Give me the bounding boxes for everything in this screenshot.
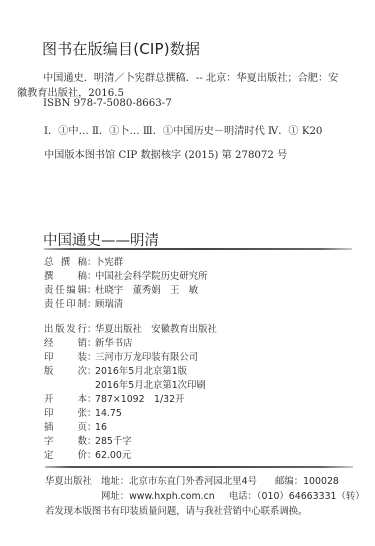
credit-row-chief-writer: 总撰稿：卜宪群 — [44, 254, 123, 268]
credit-label: 责任印制 — [44, 296, 87, 310]
pub-row-edition: 版次：2016年5月北京第1版 — [44, 363, 187, 377]
cip-entry-line1: 中国通史．明清／卜宪群总撰稿．-- 北京：华夏出版社；合肥：安 — [43, 69, 338, 84]
pub-row-inserts: 插页：16 — [44, 419, 107, 433]
cip-isbn: ISBN 978-7-5080-8663-7 — [43, 98, 172, 109]
pub-row-word-count: 字数：285千字 — [44, 433, 132, 447]
pub-row-publisher: 出版发行：华夏出版社 安徽教育出版社 — [44, 321, 217, 335]
address-value: 北京市东直门外香河园北里4号 — [129, 476, 257, 487]
credit-row-writer: 撰稿：中国社会科学院历史研究所 — [44, 268, 208, 282]
footer-address-line: 地址：北京市东直门外香河园北里4号 邮编：100028 — [101, 473, 339, 487]
pub-label: 印装 — [44, 349, 87, 363]
cip-entry-line2: 徽教育出版社，2016.5 — [17, 84, 124, 99]
pub-value: 787×1092 1/32开 — [95, 394, 184, 405]
pub-value: 新华书店 — [95, 338, 133, 349]
credit-value: 卜宪群 — [95, 257, 123, 268]
credit-label: 撰稿 — [44, 268, 87, 282]
pub-value: 285千字 — [95, 436, 132, 447]
pub-label: 字数 — [44, 433, 87, 447]
pub-value: 14.75 — [95, 408, 122, 419]
footer-notice: 若发现本版图书有印装质量问题，请与我社营销中心联系调换。 — [45, 503, 308, 517]
footer-publisher: 华夏出版社 — [45, 473, 92, 487]
pub-label: 出版发行 — [44, 321, 87, 335]
pub-label: 插页 — [44, 419, 87, 433]
website-label: 网址： — [101, 491, 129, 502]
phone-value: （010）64663331（转） — [257, 491, 365, 502]
pub-row-price: 定价：62.00元 — [44, 447, 131, 461]
footer-divider — [45, 466, 353, 468]
address-label: 地址： — [101, 476, 129, 487]
pub-value: 16 — [95, 422, 107, 433]
credit-label: 责任编辑 — [44, 282, 87, 296]
pub-value: 2016年5月北京第1版 — [95, 366, 187, 377]
pub-value: 2016年5月北京第1次印刷 — [95, 380, 206, 391]
pub-row-distributor: 经销：新华书店 — [44, 335, 133, 349]
pub-label: 印张 — [44, 405, 87, 419]
cip-heading: 图书在版编目(CIP)数据 — [42, 38, 200, 59]
credit-label: 总撰稿 — [44, 254, 87, 268]
credit-value: 中国社会科学院历史研究所 — [95, 271, 208, 282]
cip-classification: Ⅰ．①中… Ⅱ．①卜… Ⅲ．①中国历史－明清时代 Ⅳ．① K20 — [44, 122, 322, 137]
pub-row-printer: 印装：三河市万龙印装有限公司 — [44, 349, 198, 363]
pub-row-printing: 2016年5月北京第1次印刷 — [44, 377, 206, 391]
credit-value: 顾瑞清 — [95, 299, 123, 310]
credit-value: 杜晓宇 董秀娟 王 敏 — [95, 285, 198, 296]
book-title: 中国通史——明清 — [43, 229, 159, 250]
footer-contact-line: 网址：www.hxph.com.cn 电话：（010）64663331（转） — [101, 488, 365, 502]
website-link[interactable]: www.hxph.com.cn — [129, 491, 215, 502]
cip-core-data-number: 中国版本图书馆 CIP 数据核字 (2015) 第 278072 号 — [44, 146, 287, 161]
credit-row-print-supervisor: 责任印制：顾瑞清 — [44, 296, 123, 310]
pub-label: 开本 — [44, 391, 87, 405]
pub-row-sheets: 印张：14.75 — [44, 405, 122, 419]
postcode-label: 邮编： — [275, 476, 303, 487]
title-divider — [44, 248, 352, 250]
pub-value: 华夏出版社 安徽教育出版社 — [95, 324, 217, 335]
pub-row-format: 开本：787×1092 1/32开 — [44, 391, 184, 405]
credit-row-editors: 责任编辑：杜晓宇 董秀娟 王 敏 — [44, 282, 198, 296]
pub-label: 经销 — [44, 335, 87, 349]
pub-label: 定价 — [44, 447, 87, 461]
pub-label: 版次 — [44, 363, 87, 377]
pub-value: 62.00元 — [95, 450, 131, 461]
phone-label: 电话： — [229, 491, 257, 502]
postcode-value: 100028 — [303, 476, 339, 487]
pub-value: 三河市万龙印装有限公司 — [95, 352, 198, 363]
